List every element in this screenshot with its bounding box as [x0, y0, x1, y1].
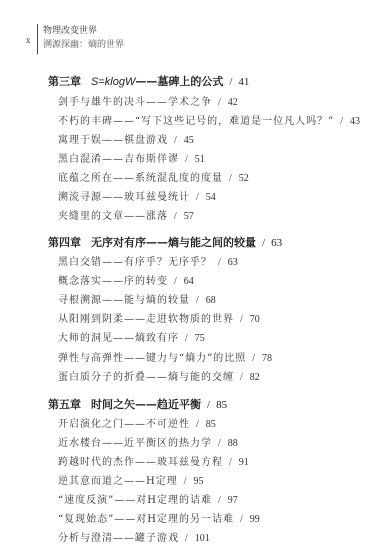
page-number: x — [26, 35, 31, 45]
toc-entry[interactable]: 溯流寻源——玻耳兹曼统计/54 — [58, 188, 216, 203]
page-separator: / — [229, 457, 233, 468]
page-ref: 78 — [262, 353, 272, 364]
section-title: 蛋白质分子的折叠——熵与能的交缠 — [58, 372, 234, 383]
page-ref: 75 — [195, 333, 205, 344]
page-separator: / — [240, 314, 244, 325]
part-title: 溯源探幽：熵的世界 — [43, 37, 124, 50]
page-separator: / — [196, 295, 200, 306]
page-ref: 43 — [350, 116, 360, 127]
book-title: 物理改变世界 — [43, 23, 97, 36]
toc-entry[interactable]: 开启演化之门——不可逆性/85 — [58, 415, 216, 430]
section-title: 开启演化之门——不可逆性 — [58, 419, 190, 430]
chapter-title: 无序对有序——熵与能之间的较量 — [91, 236, 256, 249]
page-separator: / — [185, 333, 189, 344]
toc-entry[interactable]: “速度反演”——对H定理的诘难/97 — [58, 491, 238, 506]
page-ref: 54 — [206, 192, 216, 203]
page-ref: 68 — [206, 295, 216, 306]
section-title: 分析与澄清——罐子游戏 — [58, 533, 179, 544]
page-separator: / — [262, 237, 265, 249]
section-title: 黑白混淆——吉布斯佯谬 — [58, 154, 179, 165]
page-separator: / — [340, 116, 344, 127]
page-separator: / — [196, 419, 200, 430]
page-ref: 45 — [184, 135, 194, 146]
chapter-heading[interactable]: 第四章无序对有序——熵与能之间的较量/63 — [48, 234, 282, 250]
toc-entry[interactable]: 夹缝里的文章——涨落/57 — [58, 207, 194, 222]
toc-entry[interactable]: 跨越时代的杰作——玻耳兹曼方程/91 — [58, 453, 249, 468]
page-separator: / — [252, 353, 256, 364]
page-ref: 85 — [216, 399, 227, 411]
toc-entry[interactable]: 寓理于娱——棋盘游戏/45 — [58, 131, 194, 146]
page-separator: / — [184, 476, 188, 487]
chapter-label: 第三章 — [48, 75, 81, 88]
toc-entry[interactable]: “复现始态”——对H定理的另一诘难/99 — [58, 510, 260, 525]
chapter-formula: S=klogW — [91, 76, 135, 88]
page-ref: 91 — [239, 457, 249, 468]
page-ref: 97 — [228, 495, 238, 506]
toc-entry[interactable]: 底蕴之所在——系统混乱度的度量/52 — [58, 169, 249, 184]
page-ref: 63 — [271, 237, 282, 249]
section-title: 不朽的丰碑——“写下这些记号的，难道是一位凡人吗？” — [58, 116, 334, 127]
section-title: 近水楼台——近平衡区的热力学 — [58, 438, 212, 449]
section-title: 寓理于娱——棋盘游戏 — [58, 135, 168, 146]
section-title: 剑手与雄牛的决斗——学术之争 — [58, 97, 212, 108]
page-ref: 51 — [195, 154, 205, 165]
toc-entry[interactable]: 分析与澄清——罐子游戏/101 — [58, 529, 210, 544]
chapter-heading[interactable]: 第五章时间之矢——趋近平衡/85 — [48, 396, 227, 412]
page-separator: / — [229, 76, 232, 88]
page-ref: 41 — [238, 76, 249, 88]
section-title: 溯流寻源——玻耳兹曼统计 — [58, 192, 190, 203]
header-divider — [37, 24, 38, 54]
section-title: “复现始态”——对H定理的另一诘难 — [58, 514, 234, 525]
page-separator: / — [218, 257, 222, 268]
page-separator: / — [185, 533, 189, 544]
page-ref: 42 — [228, 97, 238, 108]
page-separator: / — [218, 438, 222, 449]
page-separator: / — [174, 276, 178, 287]
section-title: 夹缝里的文章——涨落 — [58, 211, 168, 222]
page-separator: / — [174, 135, 178, 146]
chapter-title: 时间之矢——趋近平衡 — [91, 398, 201, 411]
page-ref: 85 — [206, 419, 216, 430]
section-title: 从阳刚到阴柔——走进软物质的世界 — [58, 314, 234, 325]
toc-entry[interactable]: 近水楼台——近平衡区的热力学/88 — [58, 434, 238, 449]
page-separator: / — [218, 495, 222, 506]
page-ref: 52 — [239, 173, 249, 184]
toc-entry[interactable]: 寻根溯源——能与熵的较量/68 — [58, 291, 216, 306]
toc-entry[interactable]: 弹性与高弹性——键力与“熵力”的比照/78 — [58, 349, 272, 364]
page-separator: / — [240, 372, 244, 383]
page-separator: / — [207, 399, 210, 411]
toc-entry[interactable]: 概念落实——序的转变/64 — [58, 272, 194, 287]
section-title: 逆其意而道之——H定理 — [58, 476, 178, 487]
page-separator: / — [229, 173, 233, 184]
toc-entry[interactable]: 黑白混淆——吉布斯佯谬/51 — [58, 150, 205, 165]
page-separator: / — [174, 211, 178, 222]
section-title: 大师的洞见——熵致有序 — [58, 333, 179, 344]
page-separator: / — [218, 97, 222, 108]
section-title: 概念落实——序的转变 — [58, 276, 168, 287]
page-separator: / — [240, 514, 244, 525]
page-separator: / — [185, 154, 189, 165]
chapter-title: ——墓碑上的公式 — [135, 75, 223, 88]
section-title: 跨越时代的杰作——玻耳兹曼方程 — [58, 457, 223, 468]
toc-entry[interactable]: 剑手与雄牛的决斗——学术之争/42 — [58, 93, 238, 108]
page-ref: 63 — [228, 257, 238, 268]
chapter-heading[interactable]: 第三章S=klogW——墓碑上的公式/41 — [48, 73, 249, 89]
toc-entry[interactable]: 大师的洞见——熵致有序/75 — [58, 329, 205, 344]
toc-entry[interactable]: 不朽的丰碑——“写下这些记号的，难道是一位凡人吗？”/43 — [58, 112, 360, 127]
toc-entry[interactable]: 从阳刚到阴柔——走进软物质的世界/70 — [58, 310, 260, 325]
section-title: 弹性与高弹性——键力与“熵力”的比照 — [58, 353, 246, 364]
section-title: “速度反演”——对H定理的诘难 — [58, 495, 212, 506]
page-ref: 95 — [194, 476, 204, 487]
page-ref: 70 — [250, 314, 260, 325]
page-ref: 101 — [195, 533, 210, 544]
page-ref: 57 — [184, 211, 194, 222]
chapter-label: 第四章 — [48, 236, 81, 249]
page-separator: / — [196, 192, 200, 203]
page-ref: 99 — [250, 514, 260, 525]
page-ref: 82 — [250, 372, 260, 383]
chapter-label: 第五章 — [48, 398, 81, 411]
toc-entry[interactable]: 逆其意而道之——H定理/95 — [58, 472, 204, 487]
toc-entry[interactable]: 蛋白质分子的折叠——熵与能的交缠/82 — [58, 368, 260, 383]
toc-entry[interactable]: 黑白交错——有序乎？无序乎？/63 — [58, 253, 238, 268]
section-title: 黑白交错——有序乎？无序乎？ — [58, 257, 212, 268]
section-title: 底蕴之所在——系统混乱度的度量 — [58, 173, 223, 184]
page-ref: 64 — [184, 276, 194, 287]
section-title: 寻根溯源——能与熵的较量 — [58, 295, 190, 306]
page-ref: 88 — [228, 438, 238, 449]
